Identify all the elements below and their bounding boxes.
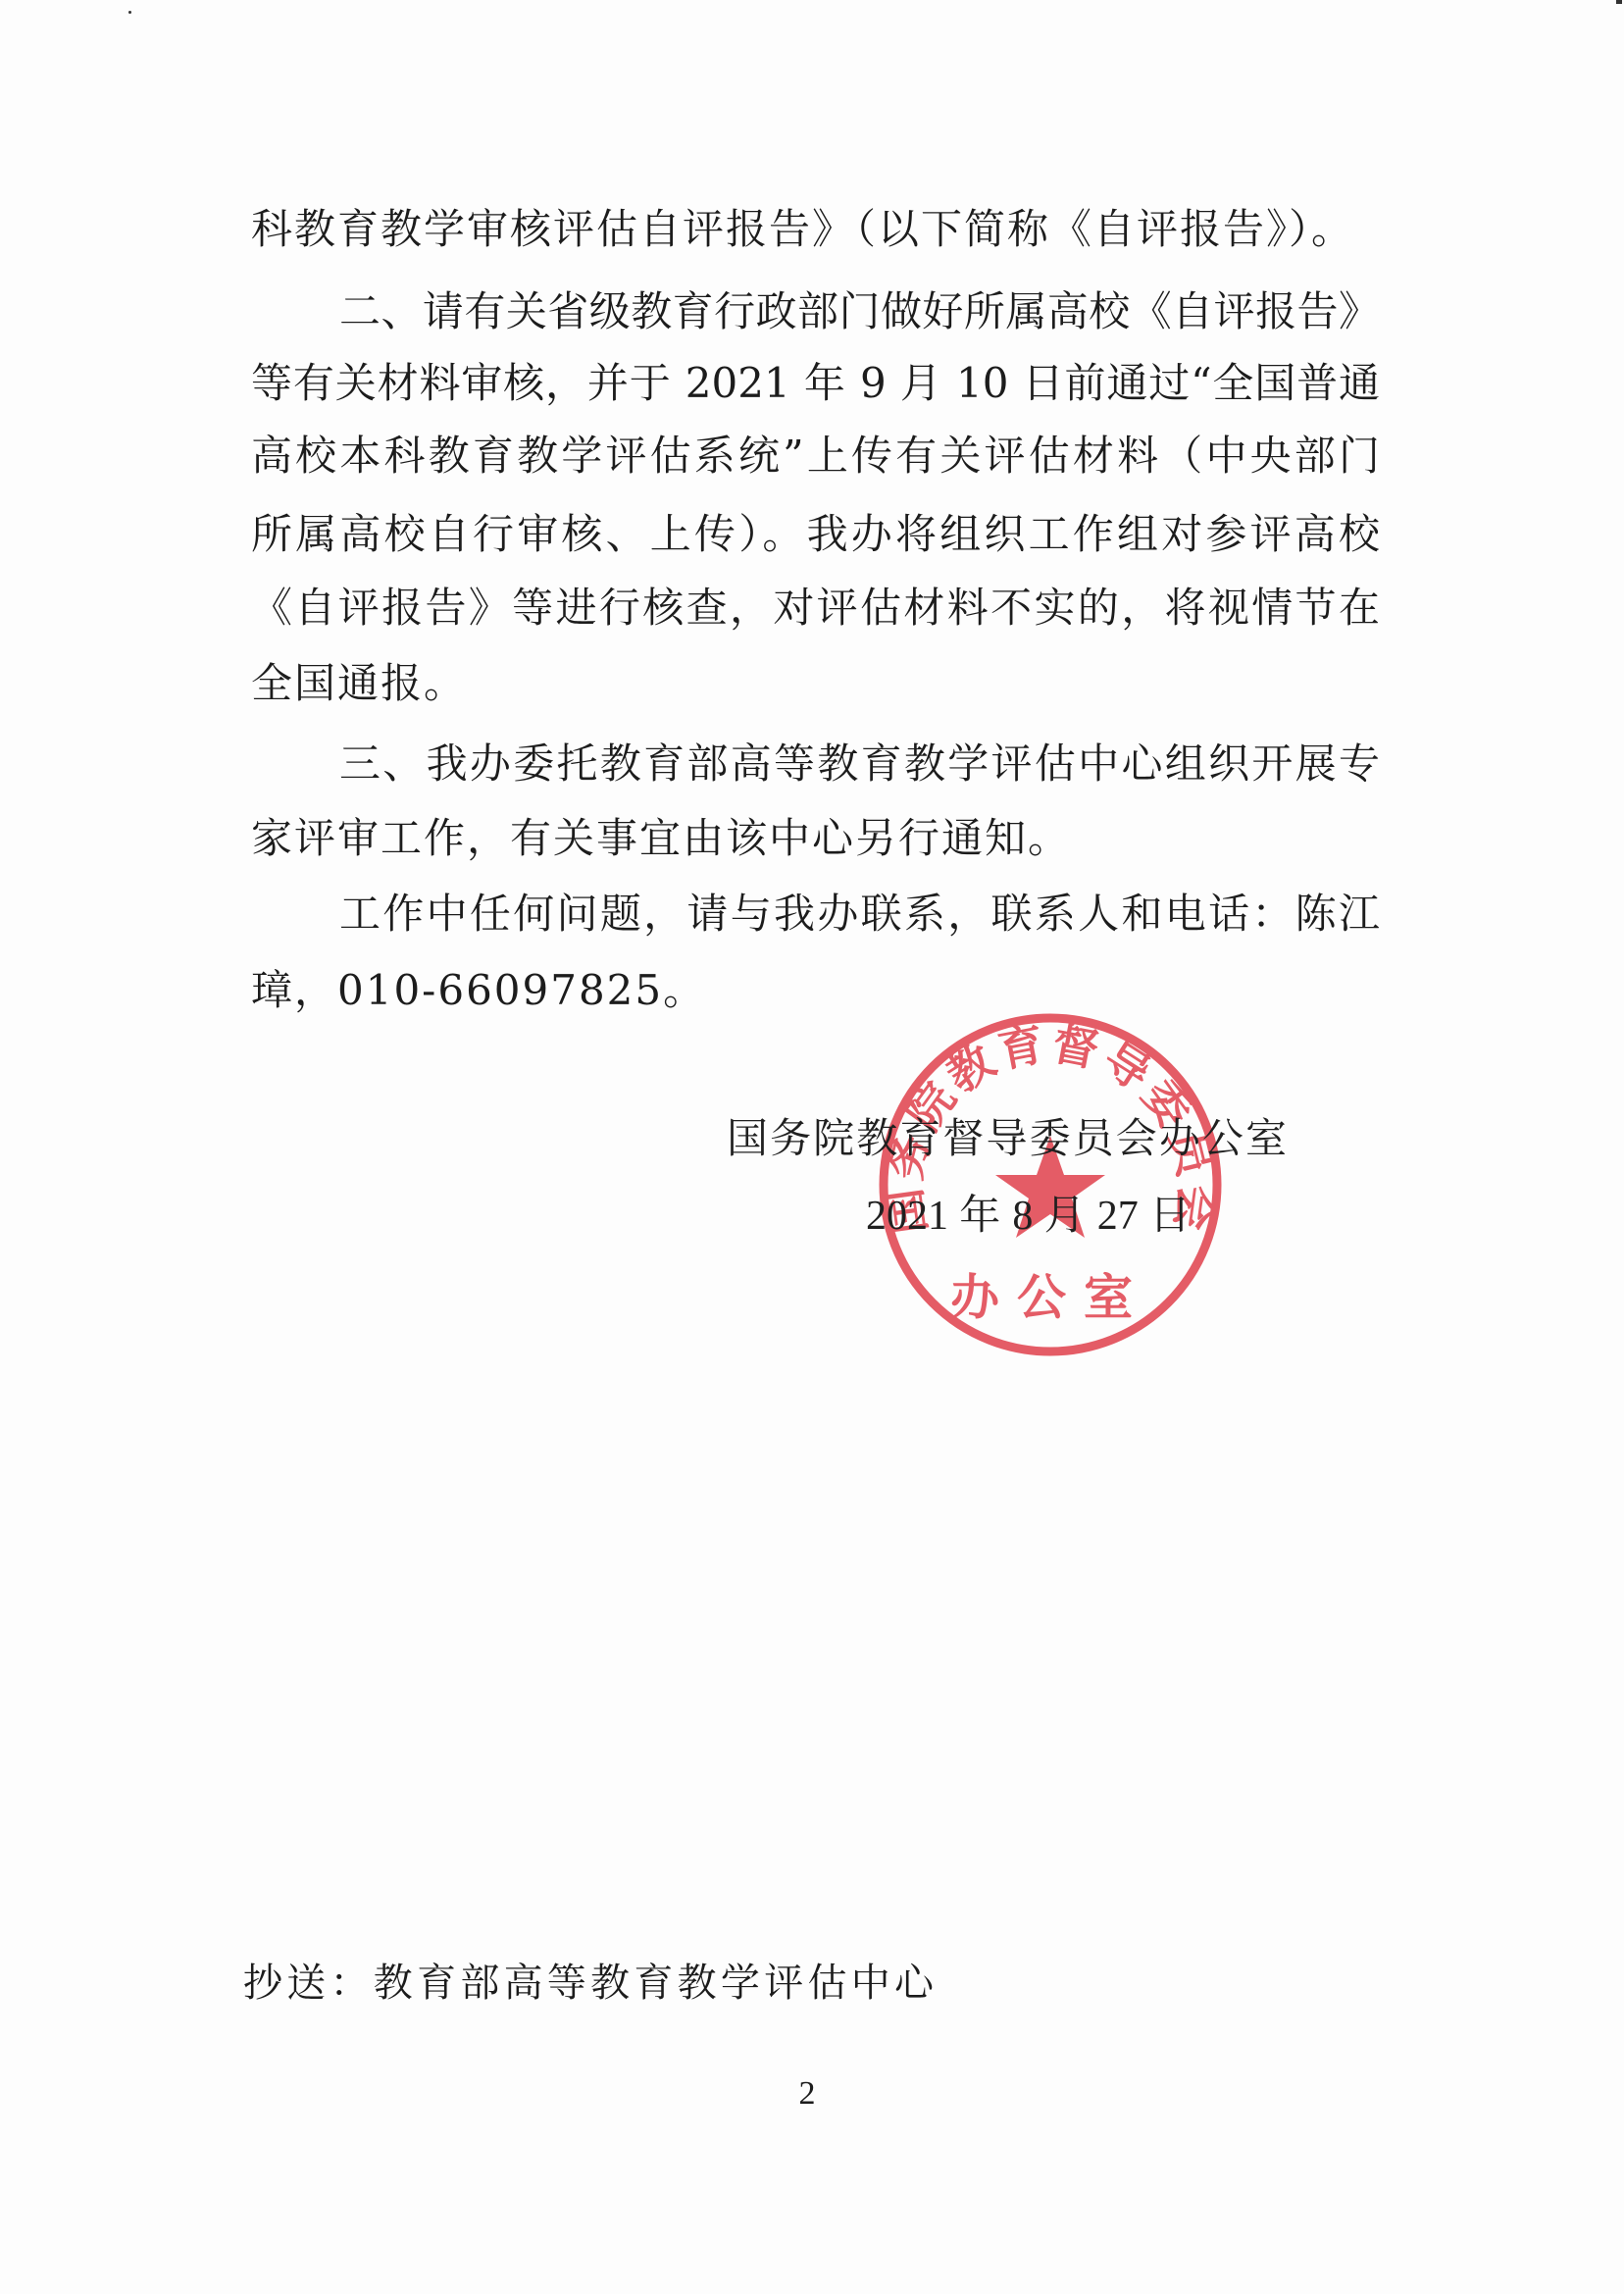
issuer-signature: 国务院教育督导委员会办公室 xyxy=(727,1109,1287,1168)
body-line: 等有关材料审核，并于 2021 年 9 月 10 日前通过“全国普通 xyxy=(251,354,1380,413)
body-line: 三、我办委托教育部高等教育教学评估中心组织开展专 xyxy=(339,735,1380,793)
body-line: 所属高校自行审核、上传）。我办将组织工作组对参评高校 xyxy=(251,505,1380,564)
scan-speck xyxy=(1616,0,1622,4)
body-line: 科教育教学审核评估自评报告》（以下简称《自评报告》）。 xyxy=(251,200,1380,259)
document-page: 科教育教学审核评估自评报告》（以下简称《自评报告》）。 二、请有关省级教育行政部… xyxy=(0,0,1624,2294)
page-number: 2 xyxy=(792,2071,822,2116)
issue-date: 2021 年 8 月 27 日 xyxy=(866,1187,1191,1246)
body-line: 二、请有关省级教育行政部门做好所属高校《自评报告》 xyxy=(339,282,1380,341)
seal-bottom-text: 办公室 xyxy=(950,1269,1150,1326)
scan-speck xyxy=(128,11,131,14)
cc-line: 抄送：教育部高等教育教学评估中心 xyxy=(243,1954,934,2013)
body-line: 家评审工作，有关事宜由该中心另行通知。 xyxy=(251,809,1380,868)
official-seal: 国务院教育督导委员会 办公室 xyxy=(876,1010,1225,1359)
body-line: 《自评报告》等进行核查，对评估材料不实的，将视情节在 xyxy=(251,579,1380,637)
body-line: 全国通报。 xyxy=(251,654,1380,713)
body-line: 高校本科教育教学评估系统”上传有关评估材料（中央部门 xyxy=(251,427,1380,485)
body-line: 工作中任何问题，请与我办联系，联系人和电话：陈江 xyxy=(339,885,1380,943)
